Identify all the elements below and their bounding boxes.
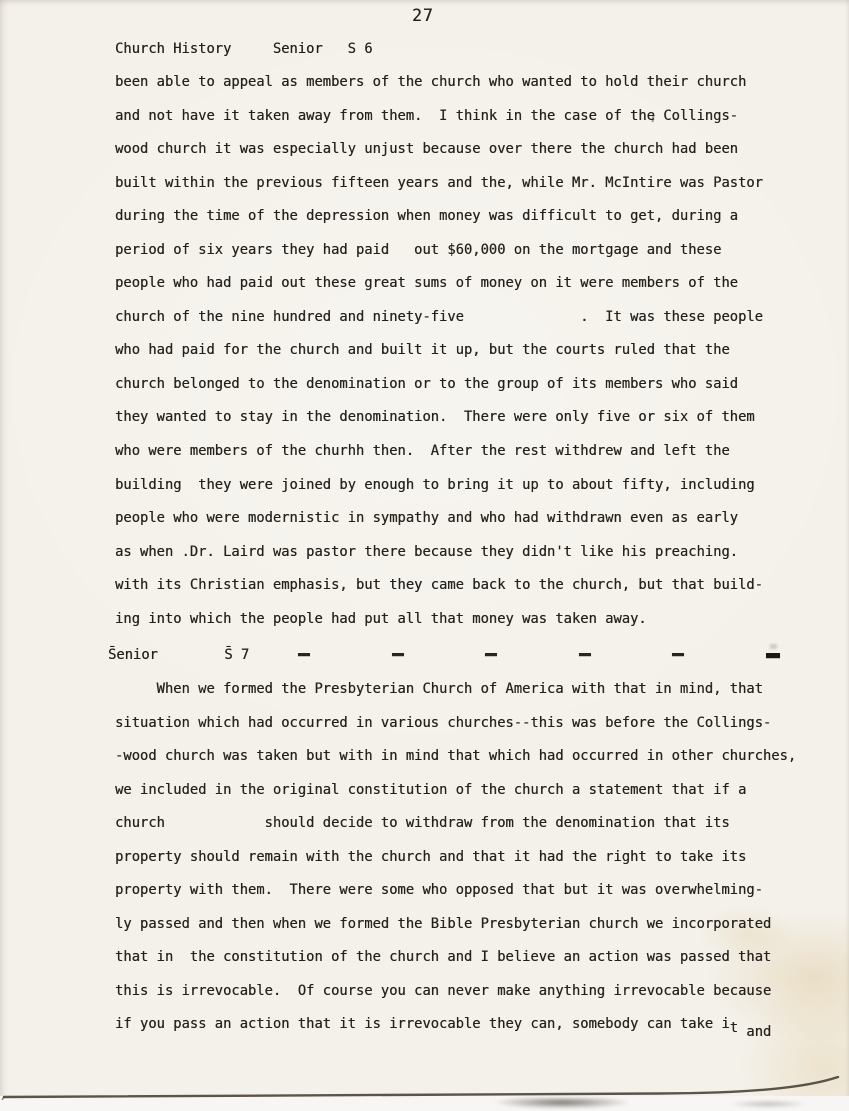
typed-line: as when .Dr. Laird was pastor there beca… bbox=[115, 536, 763, 570]
typed-line: building they were joined by enough to b… bbox=[115, 469, 763, 503]
dropped-text: and bbox=[738, 1024, 771, 1040]
typed-line: this is irrevocable. Of course you can n… bbox=[115, 975, 796, 1009]
typed-line: with its Christian emphasis, but they ca… bbox=[115, 569, 763, 603]
section-divider-label: S̄enior S̄ 7 bbox=[108, 647, 249, 663]
section-divider: S̄enior S̄ 7 bbox=[108, 639, 808, 673]
typed-dash bbox=[485, 653, 497, 657]
typed-line: When we formed the Presbyterian Church o… bbox=[115, 673, 796, 707]
dropped-text: t bbox=[730, 1020, 738, 1036]
typed-dash-bold bbox=[766, 653, 780, 658]
typed-line: people who had paid out these great sums… bbox=[115, 267, 763, 301]
paragraph-1: been able to appeal as members of the ch… bbox=[115, 66, 763, 636]
typed-dash bbox=[672, 653, 684, 657]
typed-line: people who were modernistic in sympathy … bbox=[115, 502, 763, 536]
typed-line: during the time of the depression when m… bbox=[115, 200, 763, 234]
typed-line: period of six years they had paid out $6… bbox=[115, 234, 763, 268]
document-page: 27 Church History Senior S 6 been able t… bbox=[0, 0, 849, 1111]
typed-line: ly passed and then when we formed the Bi… bbox=[115, 908, 796, 942]
typed-line: -wood church was taken but with in mind … bbox=[115, 740, 796, 774]
typed-line: ing into which the people had put all th… bbox=[115, 603, 763, 637]
typed-line: property should remain with the church a… bbox=[115, 841, 796, 875]
typed-line: been able to appeal as members of the ch… bbox=[115, 66, 763, 100]
typed-dash bbox=[579, 653, 591, 657]
page-bottom-edge bbox=[0, 1096, 849, 1111]
typed-dash bbox=[392, 653, 404, 657]
typed-line: who were members of the churhh then. Aft… bbox=[115, 435, 763, 469]
section-divider-dashes bbox=[298, 653, 780, 658]
typed-dash bbox=[298, 653, 310, 657]
paragraph-2: When we formed the Presbyterian Church o… bbox=[115, 673, 796, 1042]
typed-line: wood church it was especially unjust bec… bbox=[115, 133, 763, 167]
typed-line: church belonged to the denomination or t… bbox=[115, 368, 763, 402]
scan-smudge bbox=[728, 1100, 808, 1108]
typed-line: and not have it taken away from them. I … bbox=[115, 100, 763, 134]
typed-line: if you pass an action that it is irrevoc… bbox=[115, 1008, 796, 1042]
typed-line: that in the constitution of the church a… bbox=[115, 941, 796, 975]
typed-line: church should decide to withdraw from th… bbox=[115, 807, 796, 841]
typed-line: situation which had occurred in various … bbox=[115, 707, 796, 741]
page-number: 27 bbox=[412, 6, 434, 25]
typed-line: they wanted to stay in the denomination.… bbox=[115, 401, 763, 435]
typed-line: church of the nine hundred and ninety-fi… bbox=[115, 301, 763, 335]
scan-smudge bbox=[492, 1098, 632, 1109]
typed-line: who had paid for the church and built it… bbox=[115, 334, 763, 368]
typed-line: property with them. There were some who … bbox=[115, 874, 796, 908]
typed-line: we included in the original constitution… bbox=[115, 774, 796, 808]
document-header: Church History Senior S 6 bbox=[115, 40, 373, 58]
typed-line: built within the previous fifteen years … bbox=[115, 167, 763, 201]
